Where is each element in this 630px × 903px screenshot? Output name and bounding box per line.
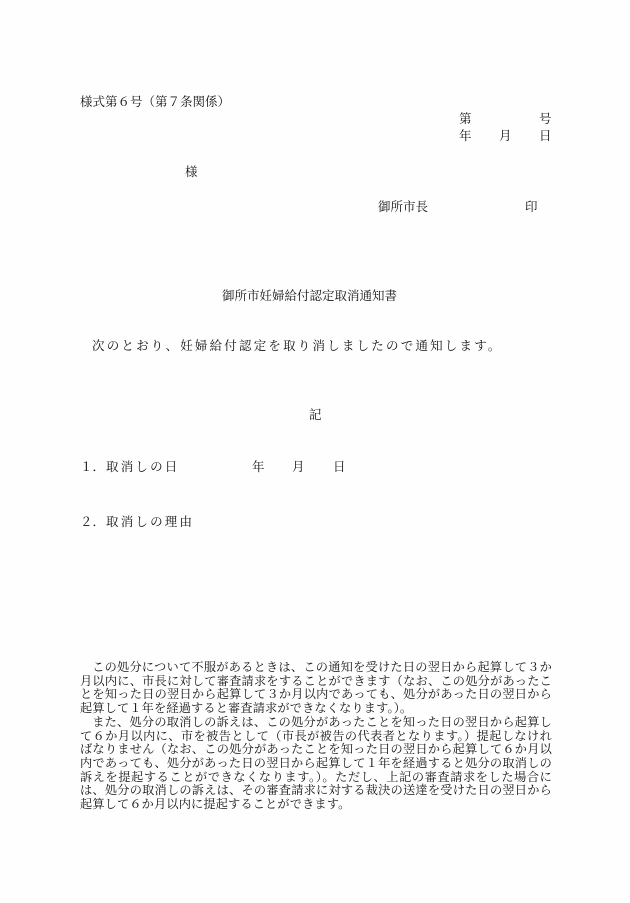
item-year: 年 <box>252 461 265 474</box>
document-page: 様式第６号（第７条関係） 第 号 年 月 日 様 御所市長 印 御所市妊婦給付認… <box>0 0 630 903</box>
item-label: 取消しの理由 <box>106 516 194 529</box>
notice-paragraph: この処分について不服があるときは、この通知を受けた日の翌日から起算して３か月以内… <box>80 661 552 716</box>
item-number: ２． <box>80 516 105 529</box>
date-day: 日 <box>539 130 552 143</box>
item-number: １． <box>80 461 105 474</box>
date-year: 年 <box>459 130 472 143</box>
item-day: 日 <box>333 461 346 474</box>
form-label: 様式第６号（第７条関係） <box>80 96 230 109</box>
recipient-honorific: 様 <box>185 166 198 179</box>
number-suffix: 号 <box>539 113 552 126</box>
item-label: 取消しの日 <box>106 461 180 474</box>
intro-text: 次のとおり、妊婦給付認定を取り消しましたので通知します。 <box>92 340 503 353</box>
document-title: 御所市妊婦給付認定取消通知書 <box>222 290 397 303</box>
issuer-name: 御所市長 <box>378 201 428 214</box>
seal-mark: 印 <box>525 201 538 214</box>
date-month: 月 <box>499 130 512 143</box>
notice-paragraph: また、処分の取消しの訴えは、この処分があったことを知った日の翌日から起算して６か… <box>80 716 552 812</box>
appeal-notice: この処分について不服があるときは、この通知を受けた日の翌日から起算して３か月以内… <box>80 661 552 812</box>
item-month: 月 <box>292 461 305 474</box>
ki-heading: 記 <box>309 409 322 422</box>
number-prefix: 第 <box>459 113 472 126</box>
